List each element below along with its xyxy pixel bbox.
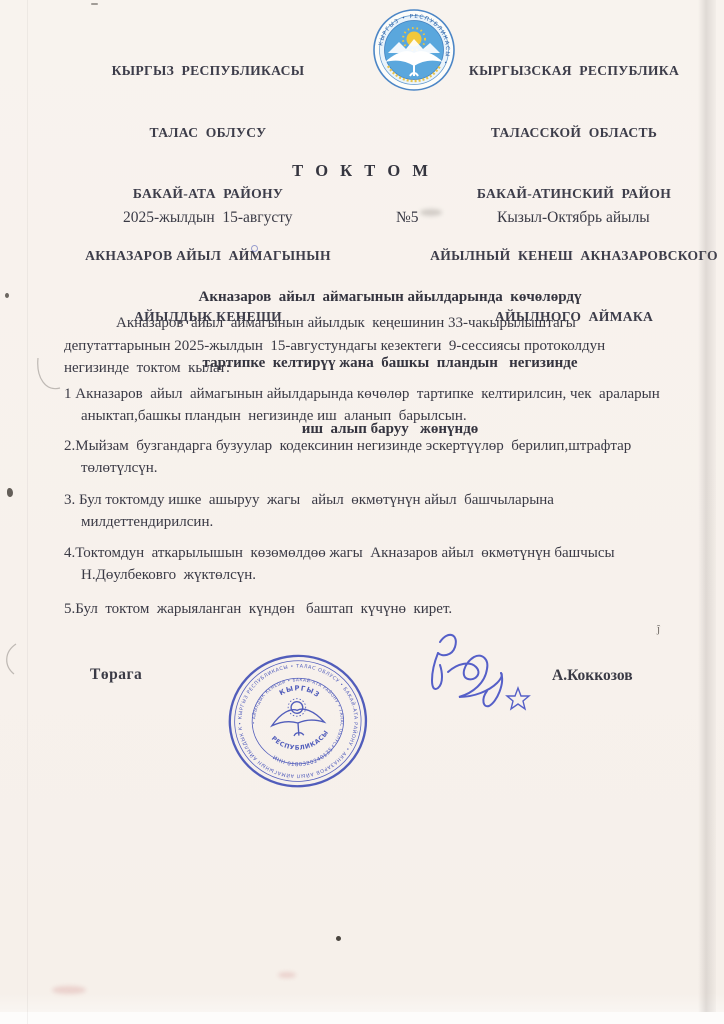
decree-place: Кызыл-Октябрь айылы — [497, 209, 650, 227]
scan-speck — [5, 293, 9, 298]
handwritten-signature — [418, 626, 550, 722]
decree-number: №5 — [396, 209, 419, 227]
scan-speck — [91, 3, 98, 5]
preamble-paragraph: Акназаров айыл аймагынын айылдык кеңешин… — [64, 312, 664, 380]
scan-edge-shadow — [698, 0, 716, 1012]
scan-bottom-edge — [0, 1012, 724, 1024]
scan-ink-dot — [251, 245, 258, 252]
decree-date: 2025-жылдын 15-августу — [123, 209, 293, 227]
subject-line: Акназаров айыл аймагынын айылдарында көч… — [150, 286, 630, 308]
scan-speck: ĵ — [657, 623, 660, 635]
header-line: КЫРГЫЗ РЕСПУБЛИКАСЫ — [52, 61, 364, 82]
resolution-item-2: 2.Мыйзам бузгандарга бузуулар кодексинин… — [64, 436, 670, 479]
scan-speck — [336, 936, 341, 941]
official-round-stamp: • КЫРГЫЗ РЕСПУБЛИКАСЫ • ТАЛАС ОБЛУСУ • Б… — [220, 647, 376, 799]
scan-smudge — [278, 972, 296, 978]
stamp-center-emblem — [270, 697, 325, 738]
header-line: БАКАЙ-АТИНСКИЙ РАЙОН — [424, 184, 724, 205]
signer-role-label: Төрага — [90, 666, 142, 684]
resolution-item-3: 3. Бул токтомду ишке ашыруу жагы айыл өк… — [64, 490, 670, 533]
header-line: ТАЛАССКОЙ ОБЛАСТЬ — [424, 123, 724, 144]
header-line: ТАЛАС ОБЛУСУ — [52, 123, 364, 144]
scan-smudge — [52, 986, 86, 994]
scan-fold-line — [27, 0, 28, 1024]
signature-svg — [418, 626, 550, 722]
scan-speck — [7, 488, 13, 497]
scanned-decree-page: КЫРГЫЗ РЕСПУБЛИКАСЫ ТАЛАС ОБЛУСУ БАКАЙ-А… — [0, 0, 724, 1024]
scan-curve-mark — [34, 352, 64, 398]
stamp-svg: • КЫРГЫЗ РЕСПУБЛИКАСЫ • ТАЛАС ОБЛУСУ • Б… — [220, 647, 376, 799]
resolution-item-5: 5.Бул токтом жарыяланган күндөн баштап к… — [64, 599, 670, 621]
scan-smudge — [420, 209, 442, 216]
scan-curve-mark — [2, 642, 20, 676]
document-title: Т О К Т О М — [0, 161, 724, 181]
signer-name: А.Коккозов — [552, 667, 633, 685]
resolution-item-4: 4.Токтомдун аткарылышын көзөмөлдөө жагы … — [64, 543, 670, 586]
resolution-items: 1 Акназаров айыл аймагынын айылдарында к… — [64, 384, 670, 621]
header-line: БАКАЙ-АТА РАЙОНУ — [52, 184, 364, 205]
resolution-item-1: 1 Акназаров айыл аймагынын айылдарында к… — [64, 384, 670, 427]
header-line: КЫРГЫЗСКАЯ РЕСПУБЛИКА — [424, 61, 724, 82]
